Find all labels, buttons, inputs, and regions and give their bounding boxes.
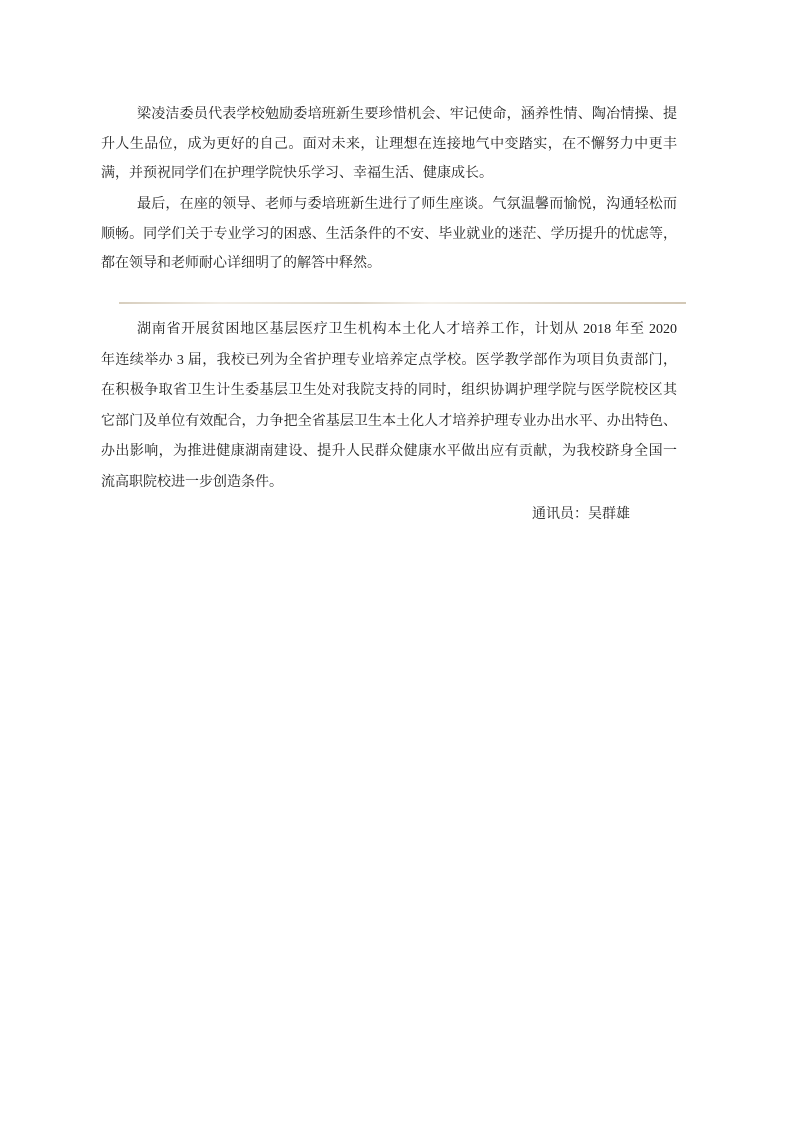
text-line: 最后，在座的领导、老师与委培班新生进行了师生座谈。气氛温馨而愉悦，沟通轻松而 — [101, 190, 677, 220]
text-line: 湖南省开展贫困地区基层医疗卫生机构本土化人才培养工作，计划从 2018 年至 2… — [101, 315, 677, 346]
document-page: 梁凌洁委员代表学校勉励委培班新生要珍惜机会、牢记使命，涵养性情、陶冶情操、提 升… — [0, 0, 793, 1122]
text-line: 顺畅。同学们关于专业学习的困惑、生活条件的不安、毕业就业的迷茫、学历提升的忧虑等… — [101, 220, 677, 250]
text-line: 办出影响，为推进健康湖南建设、提升人民群众健康水平做出应有贡献，为我校跻身全国一 — [101, 437, 677, 468]
text-line: 它部门及单位有效配合，力争把全省基层卫生本土化人才培养护理专业办出水平、办出特色… — [101, 407, 677, 438]
text-line: 在积极争取省卫生计生委基层卫生处对我院支持的同时，组织协调护理学院与医学院校区其 — [101, 376, 677, 407]
section-divider — [119, 302, 686, 304]
text-line: 满，并预祝同学们在护理学院快乐学习、幸福生活、健康成长。 — [101, 159, 677, 189]
correspondent-signature: 通讯员：吴群雄 — [101, 500, 677, 530]
text-line: 年连续举办 3 届，我校已列为全省护理专业培养定点学校。医学教学部作为项目负责部… — [101, 346, 677, 377]
text-line: 都在领导和老师耐心详细明了的解答中释然。 — [101, 249, 677, 279]
text-line: 升人生品位，成为更好的自己。面对未来，让理想在连接地气中变踏实，在不懈努力中更丰 — [101, 130, 677, 160]
paragraph-commendation: 梁凌洁委员代表学校勉励委培班新生要珍惜机会、牢记使命，涵养性情、陶冶情操、提 升… — [101, 100, 677, 189]
paragraph-program-background: 湖南省开展贫困地区基层医疗卫生机构本土化人才培养工作，计划从 2018 年至 2… — [101, 315, 677, 499]
text-line: 梁凌洁委员代表学校勉励委培班新生要珍惜机会、牢记使命，涵养性情、陶冶情操、提 — [101, 100, 677, 130]
paragraph-forum: 最后，在座的领导、老师与委培班新生进行了师生座谈。气氛温馨而愉悦，沟通轻松而 顺… — [101, 190, 677, 279]
text-line: 流高职院校进一步创造条件。 — [101, 468, 677, 499]
